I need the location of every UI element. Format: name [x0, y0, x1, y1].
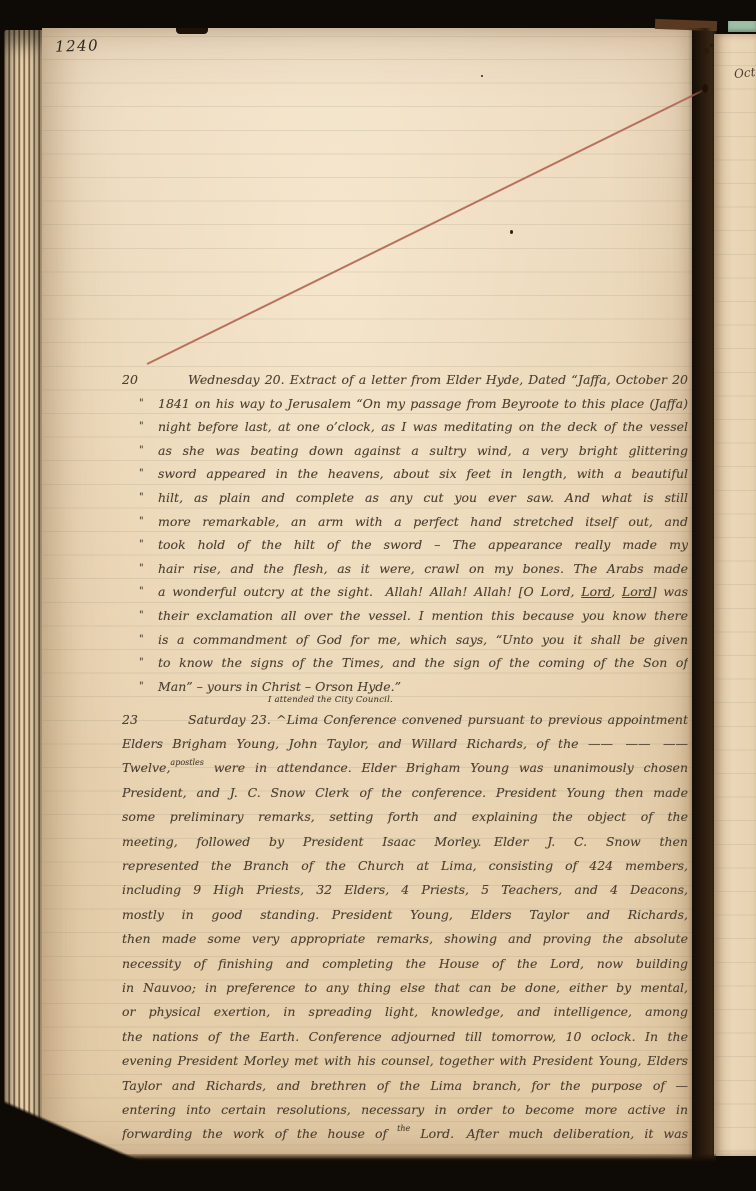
- manuscript-line: "to know the signs of the Times, and the…: [122, 651, 688, 675]
- manuscript-line: meeting, followed by President Isaac Mor…: [122, 830, 688, 854]
- line-text: Elders Brigham Young, John Taylor, and W…: [122, 732, 688, 756]
- ditto-mark: ": [122, 392, 158, 416]
- line-text: in Nauvoo; in preference to any thing el…: [122, 976, 688, 1000]
- facing-page-text-fragment: Oct: [733, 65, 756, 81]
- line-text: Twelve,apostles were in attendance. Elde…: [122, 756, 688, 780]
- manuscript-text-block: 20Wednesday 20. Extract of a letter from…: [122, 368, 688, 1147]
- manuscript-line: represented the Branch of the Church at …: [122, 854, 688, 878]
- ditto-mark: ": [122, 651, 158, 675]
- manuscript-line: "their exclamation all over the vessel. …: [122, 604, 688, 628]
- manuscript-line: Twelve,apostles were in attendance. Elde…: [122, 756, 688, 780]
- manuscript-line: Taylor and Richards, and brethren of the…: [122, 1074, 688, 1098]
- line-text: to know the signs of the Times, and the …: [158, 651, 688, 675]
- manuscript-line: the nations of the Earth. Conference adj…: [122, 1025, 688, 1049]
- line-text: necessity of finishing and completing th…: [122, 952, 688, 976]
- facing-page-sliver: [714, 34, 756, 1156]
- line-text: then made some very appropriate remarks,…: [122, 927, 688, 951]
- ditto-mark: ": [122, 580, 158, 604]
- green-bookmark-tab: [728, 21, 756, 32]
- manuscript-line: "Man” – yours in Christ – Orson Hyde.”: [122, 675, 688, 699]
- manuscript-line: "1841 on his way to Jerusalem “On my pas…: [122, 392, 688, 416]
- line-text: their exclamation all over the vessel. I…: [158, 604, 688, 628]
- line-text: mostly in good standing. President Young…: [122, 903, 688, 927]
- line-text: including 9 High Priests, 32 Elders, 4 P…: [122, 878, 688, 902]
- manuscript-line: 23Saturday 23. ^Lima Conference convened…: [122, 708, 688, 732]
- manuscript-page: 1240 20Wednesday 20. Extract of a letter…: [42, 28, 692, 1160]
- manuscript-line: Elders Brigham Young, John Taylor, and W…: [122, 732, 688, 756]
- line-text: hilt, as plain and complete as any cut y…: [158, 486, 688, 510]
- manuscript-line: necessity of finishing and completing th…: [122, 952, 688, 976]
- ditto-mark: ": [122, 439, 158, 463]
- red-diagonal-line: [147, 89, 704, 364]
- manuscript-line: "sword appeared in the heavens, about si…: [122, 462, 688, 486]
- torn-paper-bit: [176, 28, 208, 34]
- facing-ruled-lines: [714, 34, 756, 1156]
- left-page-stack-edges: [4, 30, 44, 1156]
- line-text: evening President Morley met with his co…: [122, 1049, 688, 1073]
- manuscript-line: "hilt, as plain and complete as any cut …: [122, 486, 688, 510]
- line-text: hair rise, and the flesh, as it were, cr…: [158, 557, 688, 581]
- manuscript-line: evening President Morley met with his co…: [122, 1049, 688, 1073]
- manuscript-line: in Nauvoo; in preference to any thing el…: [122, 976, 688, 1000]
- manuscript-line: some preliminary remarks, setting forth …: [122, 805, 688, 829]
- ditto-mark: ": [122, 628, 158, 652]
- manuscript-line: "more remarkable, an arm with a perfect …: [122, 510, 688, 534]
- line-text: Saturday 23. ^Lima Conference convened p…: [158, 708, 688, 732]
- ink-speck: [481, 75, 483, 77]
- line-text: represented the Branch of the Church at …: [122, 854, 688, 878]
- ditto-mark: ": [122, 510, 158, 534]
- ditto-mark: ": [122, 675, 158, 699]
- line-text: night before last, at one o’clock, as I …: [158, 415, 688, 439]
- line-text: more remarkable, an arm with a perfect h…: [158, 510, 688, 534]
- manuscript-line: then made some very appropriate remarks,…: [122, 927, 688, 951]
- line-text: some preliminary remarks, setting forth …: [122, 805, 688, 829]
- line-text: took hold of the hilt of the sword – The…: [158, 533, 688, 557]
- ditto-mark: ": [122, 486, 158, 510]
- book-gutter-shadow: [688, 28, 716, 1160]
- line-text: or physical exertion, in spreading light…: [122, 1000, 688, 1024]
- line-text: as she was beating down against a sultry…: [158, 439, 688, 463]
- margin-day-number: 23: [122, 708, 158, 732]
- line-text: Wednesday 20. Extract of a letter from E…: [158, 368, 688, 392]
- ditto-mark: ": [122, 533, 158, 557]
- manuscript-line: "as she was beating down against a sultr…: [122, 439, 688, 463]
- line-text: President, and J. C. Snow Clerk of the c…: [122, 781, 688, 805]
- binding-speck: [710, 44, 713, 47]
- ditto-mark: ": [122, 462, 158, 486]
- line-text: Taylor and Richards, and brethren of the…: [122, 1074, 688, 1098]
- ditto-mark: ": [122, 604, 158, 628]
- line-text: the nations of the Earth. Conference adj…: [122, 1025, 688, 1049]
- page-number: 1240: [55, 36, 100, 56]
- book-scan: { "page": { "number": "1240", "facing_fr…: [0, 0, 756, 1191]
- line-text: 1841 on his way to Jerusalem “On my pass…: [158, 392, 688, 416]
- manuscript-line: President, and J. C. Snow Clerk of the c…: [122, 781, 688, 805]
- line-text: meeting, followed by President Isaac Mor…: [122, 830, 688, 854]
- ditto-mark: ": [122, 415, 158, 439]
- margin-day-number: 20: [122, 368, 158, 392]
- manuscript-line: including 9 High Priests, 32 Elders, 4 P…: [122, 878, 688, 902]
- manuscript-line: "took hold of the hilt of the sword – Th…: [122, 533, 688, 557]
- manuscript-line: 20Wednesday 20. Extract of a letter from…: [122, 368, 688, 392]
- manuscript-line: "night before last, at one o’clock, as I…: [122, 415, 688, 439]
- manuscript-line: or physical exertion, in spreading light…: [122, 1000, 688, 1024]
- ink-speck: [510, 230, 513, 234]
- line-text: a wonderful outcry at the sight. Allah! …: [158, 580, 688, 604]
- manuscript-line: mostly in good standing. President Young…: [122, 903, 688, 927]
- manuscript-line: "is a commandment of God for me, which s…: [122, 628, 688, 652]
- journal-entry-20: 20Wednesday 20. Extract of a letter from…: [122, 368, 688, 708]
- bottom-left-cover-corner: [0, 1098, 215, 1191]
- line-text: sword appeared in the heavens, about six…: [158, 462, 688, 486]
- binding-speck: [704, 48, 709, 54]
- manuscript-line: "a wonderful outcry at the sight. Allah!…: [122, 580, 688, 604]
- binding-speck: [702, 84, 708, 93]
- line-text: Man” – yours in Christ – Orson Hyde.”: [158, 675, 688, 699]
- line-text: is a commandment of God for me, which sa…: [158, 628, 688, 652]
- manuscript-line: "hair rise, and the flesh, as it were, c…: [122, 557, 688, 581]
- ditto-mark: ": [122, 557, 158, 581]
- journal-entry-23: 23Saturday 23. ^Lima Conference convened…: [122, 708, 688, 1147]
